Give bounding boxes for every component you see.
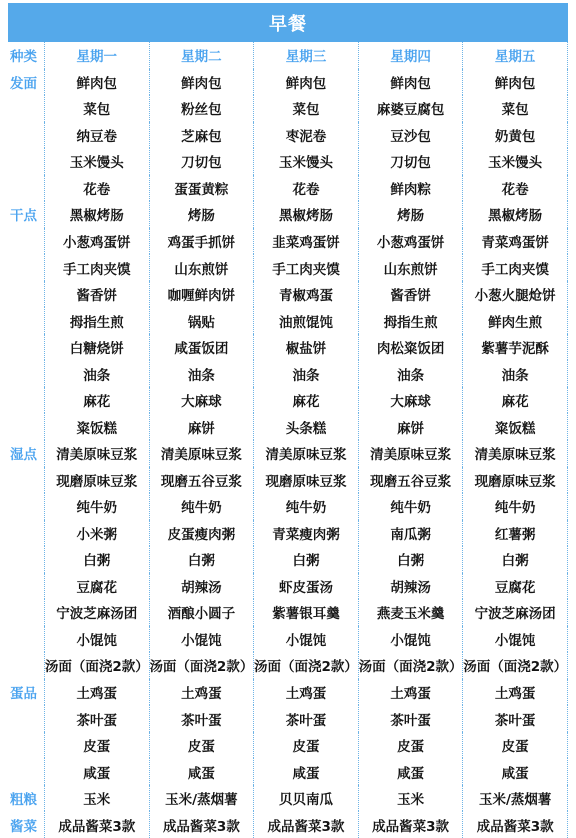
menu-cell: 小葱火腿炝饼 <box>463 281 568 308</box>
page-title: 早餐 <box>8 3 568 42</box>
table-row: 纯牛奶纯牛奶纯牛奶纯牛奶纯牛奶 <box>8 493 568 520</box>
menu-cell: 头条糕 <box>254 413 359 440</box>
menu-cell: 肉松粢饭团 <box>359 334 464 361</box>
menu-cell: 南瓜粥 <box>359 520 464 547</box>
menu-cell: 麻婆豆腐包 <box>359 95 464 122</box>
menu-cell: 皮蛋瘦肉粥 <box>150 520 255 547</box>
menu-cell: 大麻球 <box>359 387 464 414</box>
menu-cell: 清美原味豆浆 <box>463 440 568 467</box>
category-spacer <box>8 413 45 440</box>
menu-cell: 燕麦玉米羹 <box>359 599 464 626</box>
menu-cell: 汤面（面浇2款） <box>359 652 464 679</box>
menu-cell: 小馄饨 <box>463 626 568 653</box>
menu-cell: 紫薯银耳羹 <box>254 599 359 626</box>
menu-cell: 胡辣汤 <box>359 573 464 600</box>
category-spacer <box>8 228 45 255</box>
menu-cell: 麻花 <box>45 387 150 414</box>
menu-cell: 油条 <box>463 360 568 387</box>
menu-cell: 麻饼 <box>150 413 255 440</box>
menu-cell: 皮蛋 <box>463 732 568 759</box>
menu-cell: 汤面（面浇2款） <box>463 652 568 679</box>
category-spacer <box>8 732 45 759</box>
category-spacer <box>8 599 45 626</box>
menu-cell: 花卷 <box>45 175 150 202</box>
menu-cell: 黑椒烤肠 <box>463 201 568 228</box>
category-spacer <box>8 652 45 679</box>
table-row: 白粥白粥白粥白粥白粥 <box>8 546 568 573</box>
menu-cell: 油条 <box>150 360 255 387</box>
category-spacer <box>8 254 45 281</box>
menu-cell: 茶叶蛋 <box>359 705 464 732</box>
menu-cell: 咸蛋 <box>359 758 464 785</box>
category-spacer <box>8 334 45 361</box>
menu-cell: 青菜鸡蛋饼 <box>463 228 568 255</box>
menu-cell: 红薯粥 <box>463 520 568 547</box>
category-label: 发面 <box>8 69 45 96</box>
table-row: 皮蛋皮蛋皮蛋皮蛋皮蛋 <box>8 732 568 759</box>
menu-cell: 纳豆卷 <box>45 122 150 149</box>
menu-cell: 青椒鸡蛋 <box>254 281 359 308</box>
menu-cell: 山东煎饼 <box>359 254 464 281</box>
menu-cell: 鲜肉包 <box>150 69 255 96</box>
table-row: 油条油条油条油条油条 <box>8 360 568 387</box>
menu-cell: 土鸡蛋 <box>150 679 255 706</box>
menu-cell: 皮蛋 <box>254 732 359 759</box>
menu-cell: 白粥 <box>45 546 150 573</box>
menu-cell: 粉丝包 <box>150 95 255 122</box>
category-spacer <box>8 307 45 334</box>
menu-cell: 玉米/蒸烟薯 <box>150 785 255 812</box>
menu-cell: 土鸡蛋 <box>254 679 359 706</box>
menu-cell: 现磨原味豆浆 <box>45 467 150 494</box>
menu-cell: 菜包 <box>463 95 568 122</box>
table-row: 干点黑椒烤肠烤肠黑椒烤肠烤肠黑椒烤肠 <box>8 201 568 228</box>
menu-cell: 刀切包 <box>150 148 255 175</box>
category-spacer <box>8 95 45 122</box>
menu-cell: 手工肉夹馍 <box>463 254 568 281</box>
menu-cell: 纯牛奶 <box>45 493 150 520</box>
menu-cell: 清美原味豆浆 <box>254 440 359 467</box>
table-row: 玉米馒头刀切包玉米馒头刀切包玉米馒头 <box>8 148 568 175</box>
menu-cell: 白糖烧饼 <box>45 334 150 361</box>
menu-cell: 清美原味豆浆 <box>150 440 255 467</box>
menu-cell: 椒盐饼 <box>254 334 359 361</box>
table-row: 豆腐花胡辣汤虾皮蛋汤胡辣汤豆腐花 <box>8 573 568 600</box>
menu-cell: 油条 <box>359 360 464 387</box>
menu-cell: 芝麻包 <box>150 122 255 149</box>
table-row: 小馄饨小馄饨小馄饨小馄饨小馄饨 <box>8 626 568 653</box>
table-row: 种类星期一星期二星期三星期四星期五 <box>8 42 568 69</box>
menu-table: 种类星期一星期二星期三星期四星期五发面鲜肉包鲜肉包鲜肉包鲜肉包鲜肉包菜包粉丝包菜… <box>8 42 568 838</box>
menu-cell: 清美原味豆浆 <box>45 440 150 467</box>
menu-cell: 粢饭糕 <box>463 413 568 440</box>
menu-cell: 菜包 <box>45 95 150 122</box>
menu-cell: 黑椒烤肠 <box>45 201 150 228</box>
category-spacer <box>8 387 45 414</box>
day-header: 星期三 <box>254 42 359 69</box>
menu-cell: 小米粥 <box>45 520 150 547</box>
menu-cell: 白粥 <box>150 546 255 573</box>
menu-cell: 油煎馄饨 <box>254 307 359 334</box>
menu-cell: 贝贝南瓜 <box>254 785 359 812</box>
table-row: 发面鲜肉包鲜肉包鲜肉包鲜肉包鲜肉包 <box>8 69 568 96</box>
menu-cell: 麻花 <box>463 387 568 414</box>
menu-cell: 鸡蛋手抓饼 <box>150 228 255 255</box>
day-header: 星期一 <box>45 42 150 69</box>
menu-cell: 清美原味豆浆 <box>359 440 464 467</box>
menu-cell: 玉米馒头 <box>254 148 359 175</box>
day-header: 星期四 <box>359 42 464 69</box>
table-row: 宁波芝麻汤团酒酿小圆子紫薯银耳羹燕麦玉米羹宁波芝麻汤团 <box>8 599 568 626</box>
breakfast-menu-page: 早餐 种类星期一星期二星期三星期四星期五发面鲜肉包鲜肉包鲜肉包鲜肉包鲜肉包菜包粉… <box>0 0 576 838</box>
category-spacer <box>8 573 45 600</box>
menu-cell: 鲜肉粽 <box>359 175 464 202</box>
menu-cell: 豆沙包 <box>359 122 464 149</box>
menu-cell: 拇指生煎 <box>359 307 464 334</box>
menu-cell: 奶黄包 <box>463 122 568 149</box>
table-row: 手工肉夹馍山东煎饼手工肉夹馍山东煎饼手工肉夹馍 <box>8 254 568 281</box>
category-spacer <box>8 175 45 202</box>
table-row: 菜包粉丝包菜包麻婆豆腐包菜包 <box>8 95 568 122</box>
menu-cell: 酱香饼 <box>359 281 464 308</box>
menu-cell: 花卷 <box>463 175 568 202</box>
menu-cell: 鲜肉生煎 <box>463 307 568 334</box>
menu-cell: 汤面（面浇2款） <box>254 652 359 679</box>
menu-cell: 菜包 <box>254 95 359 122</box>
menu-cell: 宁波芝麻汤团 <box>45 599 150 626</box>
menu-cell: 咸蛋 <box>150 758 255 785</box>
menu-cell: 皮蛋 <box>45 732 150 759</box>
menu-cell: 麻花 <box>254 387 359 414</box>
menu-cell: 韭菜鸡蛋饼 <box>254 228 359 255</box>
menu-cell: 现磨五谷豆浆 <box>150 467 255 494</box>
category-header: 种类 <box>8 42 45 69</box>
table-row: 小葱鸡蛋饼鸡蛋手抓饼韭菜鸡蛋饼小葱鸡蛋饼青菜鸡蛋饼 <box>8 228 568 255</box>
menu-cell: 皮蛋 <box>359 732 464 759</box>
menu-cell: 小馄饨 <box>150 626 255 653</box>
table-row: 粗粮玉米玉米/蒸烟薯贝贝南瓜玉米玉米/蒸烟薯 <box>8 785 568 812</box>
table-row: 麻花大麻球麻花大麻球麻花 <box>8 387 568 414</box>
menu-cell: 小馄饨 <box>254 626 359 653</box>
category-label: 湿点 <box>8 440 45 467</box>
category-spacer <box>8 493 45 520</box>
menu-cell: 成品酱菜3款 <box>150 811 255 838</box>
category-spacer <box>8 360 45 387</box>
category-spacer <box>8 758 45 785</box>
menu-cell: 小葱鸡蛋饼 <box>45 228 150 255</box>
menu-cell: 蛋蛋黄粽 <box>150 175 255 202</box>
menu-cell: 麻饼 <box>359 413 464 440</box>
menu-cell: 纯牛奶 <box>463 493 568 520</box>
menu-cell: 咸蛋 <box>463 758 568 785</box>
menu-cell: 豆腐花 <box>45 573 150 600</box>
menu-cell: 鲜肉包 <box>359 69 464 96</box>
menu-cell: 纯牛奶 <box>254 493 359 520</box>
menu-cell: 咸蛋 <box>45 758 150 785</box>
day-header: 星期二 <box>150 42 255 69</box>
menu-cell: 锅贴 <box>150 307 255 334</box>
table-row: 汤面（面浇2款）汤面（面浇2款）汤面（面浇2款）汤面（面浇2款）汤面（面浇2款） <box>8 652 568 679</box>
menu-cell: 烤肠 <box>359 201 464 228</box>
menu-cell: 玉米 <box>359 785 464 812</box>
menu-cell: 咸蛋饭团 <box>150 334 255 361</box>
menu-cell: 鲜肉包 <box>45 69 150 96</box>
menu-cell: 油条 <box>45 360 150 387</box>
category-label: 蛋品 <box>8 679 45 706</box>
menu-cell: 茶叶蛋 <box>463 705 568 732</box>
table-row: 花卷蛋蛋黄粽花卷鲜肉粽花卷 <box>8 175 568 202</box>
table-row: 湿点清美原味豆浆清美原味豆浆清美原味豆浆清美原味豆浆清美原味豆浆 <box>8 440 568 467</box>
menu-cell: 油条 <box>254 360 359 387</box>
menu-cell: 酱香饼 <box>45 281 150 308</box>
menu-cell: 茶叶蛋 <box>150 705 255 732</box>
menu-cell: 虾皮蛋汤 <box>254 573 359 600</box>
category-label: 粗粮 <box>8 785 45 812</box>
menu-cell: 烤肠 <box>150 201 255 228</box>
menu-cell: 手工肉夹馍 <box>45 254 150 281</box>
menu-cell: 咸蛋 <box>254 758 359 785</box>
menu-cell: 汤面（面浇2款） <box>150 652 255 679</box>
menu-cell: 山东煎饼 <box>150 254 255 281</box>
menu-cell: 现磨原味豆浆 <box>463 467 568 494</box>
menu-cell: 成品酱菜3款 <box>45 811 150 838</box>
table-row: 小米粥皮蛋瘦肉粥青菜瘦肉粥南瓜粥红薯粥 <box>8 520 568 547</box>
menu-cell: 青菜瘦肉粥 <box>254 520 359 547</box>
category-spacer <box>8 626 45 653</box>
menu-cell: 手工肉夹馍 <box>254 254 359 281</box>
menu-cell: 玉米/蒸烟薯 <box>463 785 568 812</box>
day-header: 星期五 <box>463 42 568 69</box>
menu-cell: 白粥 <box>463 546 568 573</box>
menu-cell: 现磨原味豆浆 <box>254 467 359 494</box>
menu-cell: 土鸡蛋 <box>45 679 150 706</box>
menu-cell: 汤面（面浇2款） <box>45 652 150 679</box>
menu-cell: 豆腐花 <box>463 573 568 600</box>
menu-cell: 茶叶蛋 <box>254 705 359 732</box>
table-row: 白糖烧饼咸蛋饭团椒盐饼肉松粢饭团紫薯芋泥酥 <box>8 334 568 361</box>
menu-cell: 黑椒烤肠 <box>254 201 359 228</box>
table-row: 酱香饼咖喱鲜肉饼青椒鸡蛋酱香饼小葱火腿炝饼 <box>8 281 568 308</box>
category-label: 酱菜 <box>8 811 45 838</box>
table-row: 蛋品土鸡蛋土鸡蛋土鸡蛋土鸡蛋土鸡蛋 <box>8 679 568 706</box>
category-spacer <box>8 705 45 732</box>
table-row: 茶叶蛋茶叶蛋茶叶蛋茶叶蛋茶叶蛋 <box>8 705 568 732</box>
menu-cell: 拇指生煎 <box>45 307 150 334</box>
table-row: 现磨原味豆浆现磨五谷豆浆现磨原味豆浆现磨五谷豆浆现磨原味豆浆 <box>8 467 568 494</box>
menu-cell: 玉米馒头 <box>463 148 568 175</box>
menu-cell: 白粥 <box>359 546 464 573</box>
menu-cell: 白粥 <box>254 546 359 573</box>
menu-cell: 玉米馒头 <box>45 148 150 175</box>
menu-cell: 纯牛奶 <box>359 493 464 520</box>
menu-cell: 粢饭糕 <box>45 413 150 440</box>
table-row: 粢饭糕麻饼头条糕麻饼粢饭糕 <box>8 413 568 440</box>
table-row: 咸蛋咸蛋咸蛋咸蛋咸蛋 <box>8 758 568 785</box>
category-spacer <box>8 520 45 547</box>
menu-cell: 酒酿小圆子 <box>150 599 255 626</box>
menu-cell: 小馄饨 <box>45 626 150 653</box>
menu-cell: 茶叶蛋 <box>45 705 150 732</box>
category-spacer <box>8 546 45 573</box>
menu-cell: 鲜肉包 <box>463 69 568 96</box>
menu-cell: 成品酱菜3款 <box>359 811 464 838</box>
menu-cell: 土鸡蛋 <box>359 679 464 706</box>
menu-cell: 成品酱菜3款 <box>463 811 568 838</box>
table-row: 拇指生煎锅贴油煎馄饨拇指生煎鲜肉生煎 <box>8 307 568 334</box>
category-spacer <box>8 467 45 494</box>
table-row: 酱菜成品酱菜3款成品酱菜3款成品酱菜3款成品酱菜3款成品酱菜3款 <box>8 811 568 838</box>
menu-cell: 小葱鸡蛋饼 <box>359 228 464 255</box>
category-spacer <box>8 148 45 175</box>
menu-cell: 鲜肉包 <box>254 69 359 96</box>
menu-cell: 胡辣汤 <box>150 573 255 600</box>
menu-cell: 现磨五谷豆浆 <box>359 467 464 494</box>
menu-cell: 紫薯芋泥酥 <box>463 334 568 361</box>
menu-cell: 枣泥卷 <box>254 122 359 149</box>
menu-cell: 纯牛奶 <box>150 493 255 520</box>
menu-cell: 土鸡蛋 <box>463 679 568 706</box>
table-row: 纳豆卷芝麻包枣泥卷豆沙包奶黄包 <box>8 122 568 149</box>
menu-cell: 皮蛋 <box>150 732 255 759</box>
menu-cell: 刀切包 <box>359 148 464 175</box>
category-spacer <box>8 122 45 149</box>
menu-cell: 花卷 <box>254 175 359 202</box>
menu-cell: 大麻球 <box>150 387 255 414</box>
menu-cell: 咖喱鲜肉饼 <box>150 281 255 308</box>
category-spacer <box>8 281 45 308</box>
menu-cell: 成品酱菜3款 <box>254 811 359 838</box>
category-label: 干点 <box>8 201 45 228</box>
menu-cell: 玉米 <box>45 785 150 812</box>
menu-cell: 宁波芝麻汤团 <box>463 599 568 626</box>
menu-cell: 小馄饨 <box>359 626 464 653</box>
